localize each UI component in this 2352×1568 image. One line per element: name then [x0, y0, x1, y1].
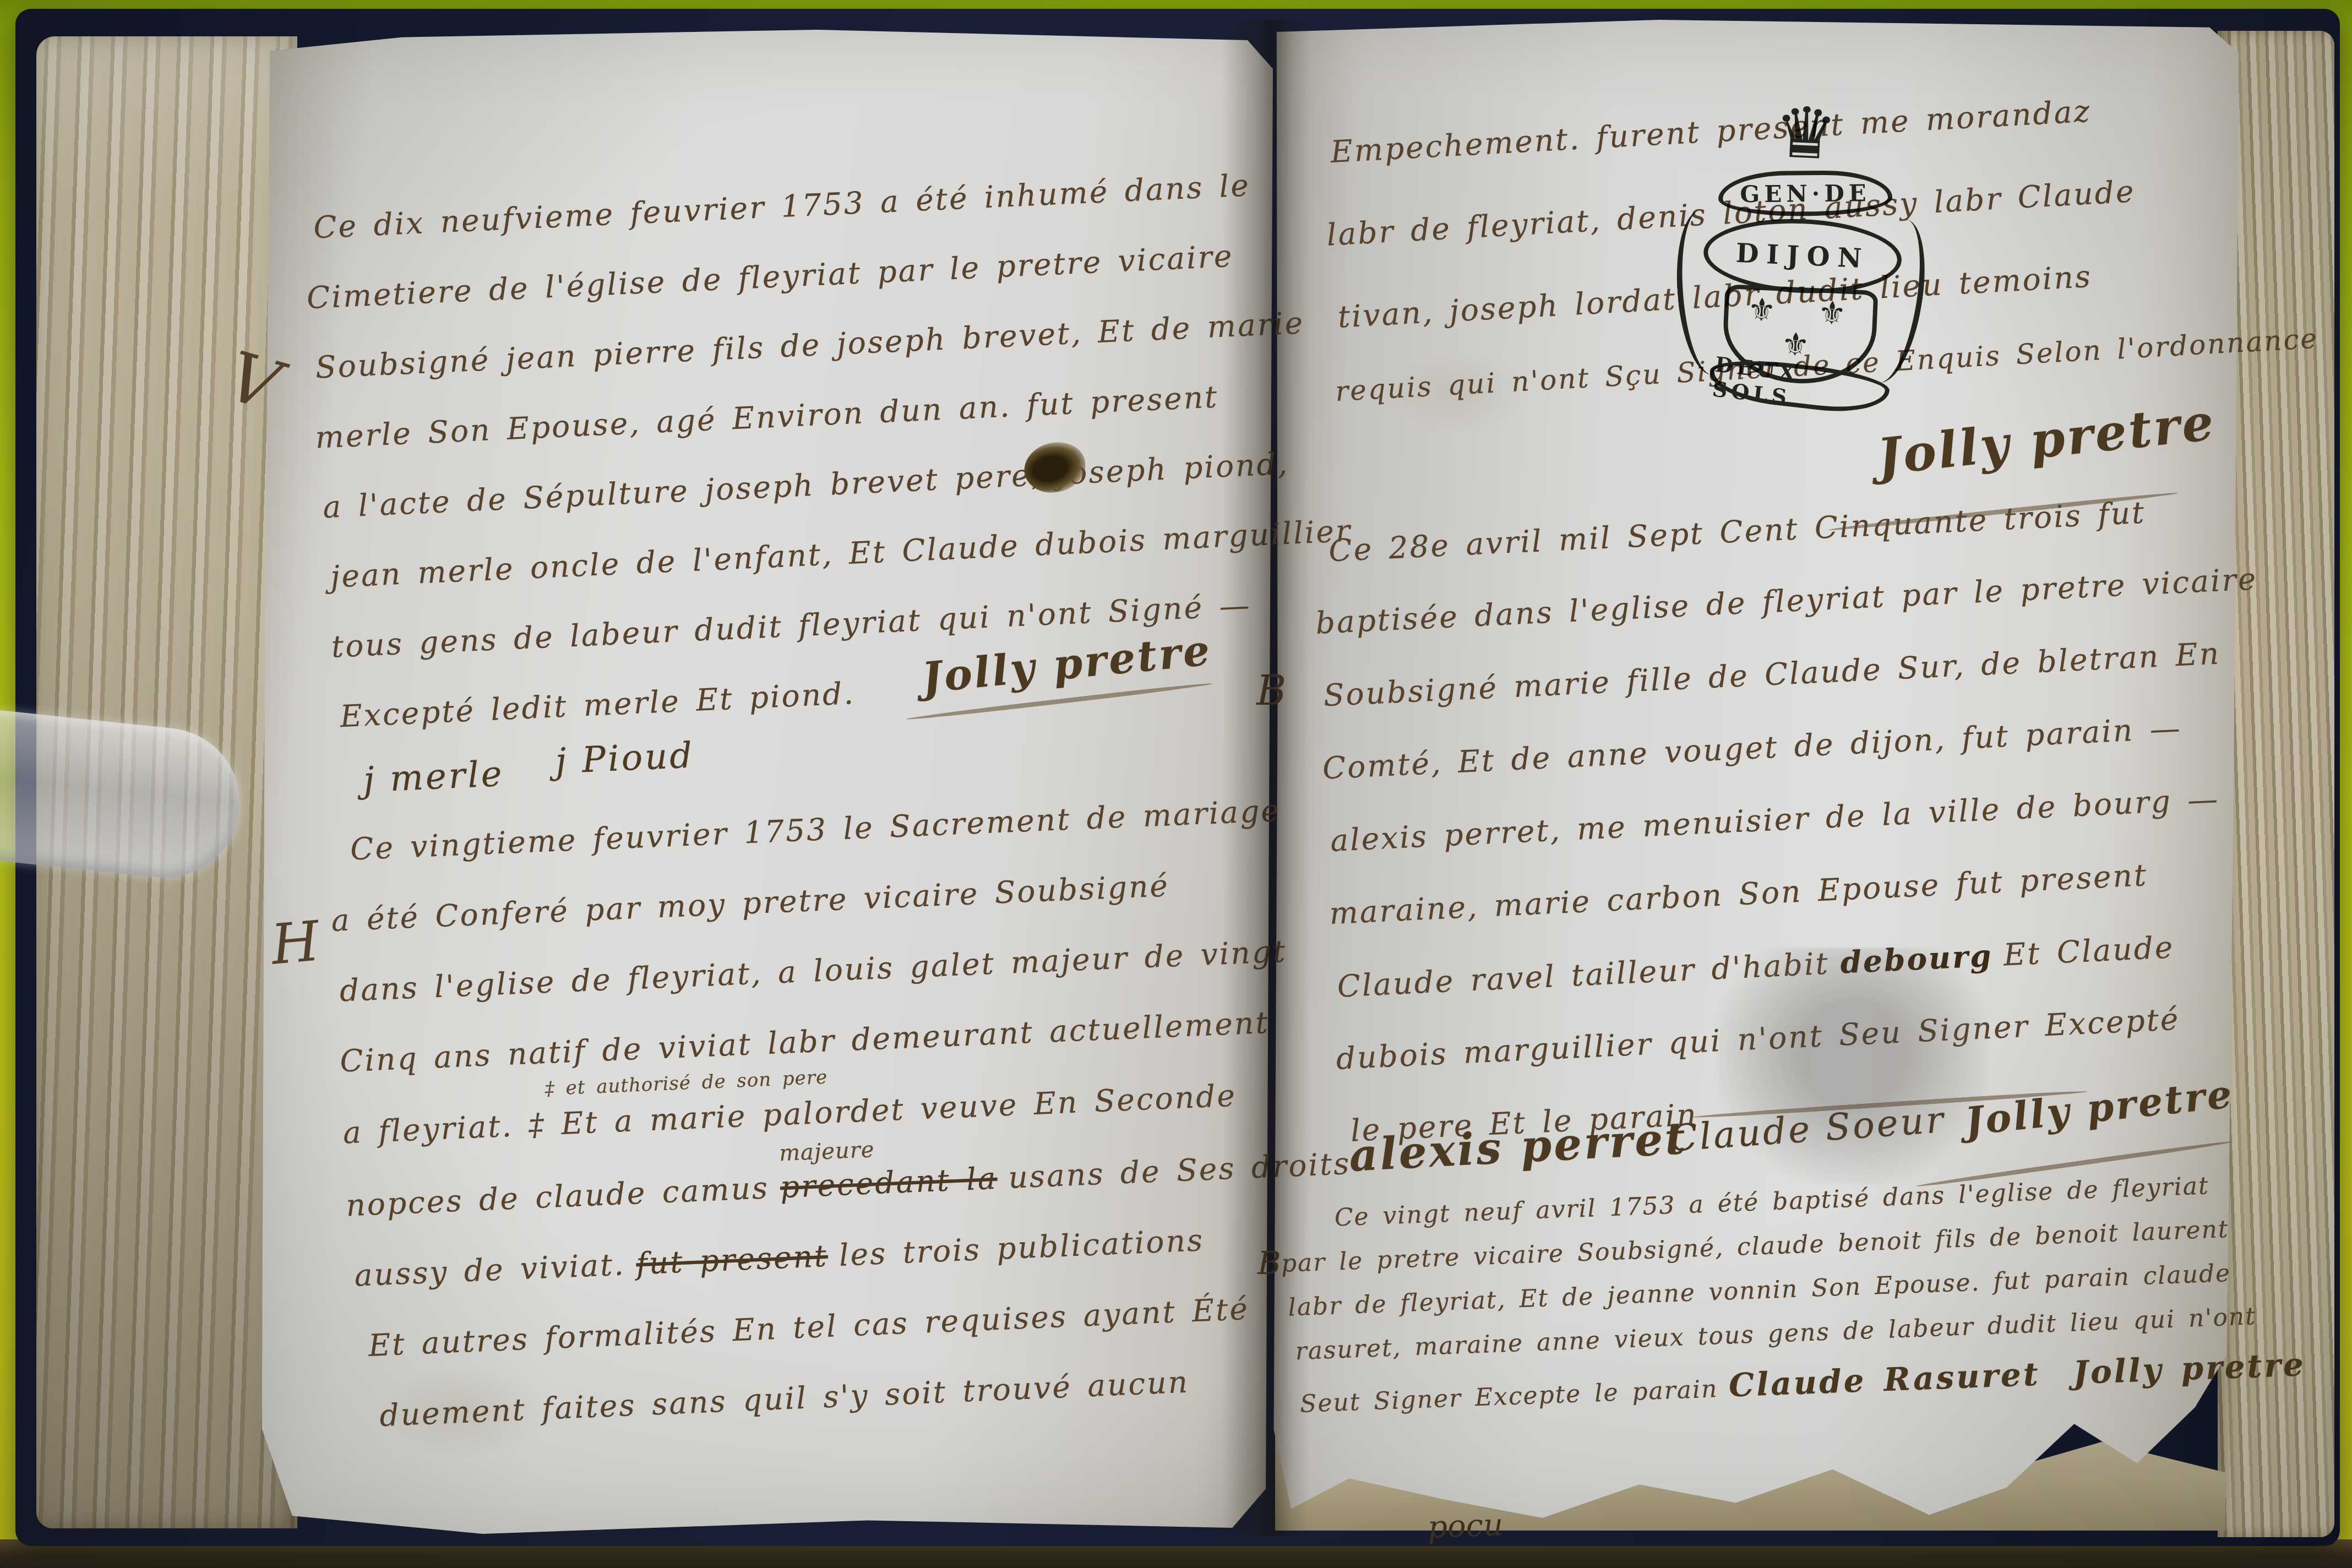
witness-signature: j Pioud: [554, 735, 695, 782]
grime-smudge: [1718, 948, 1988, 1185]
witness-signature: j merle: [362, 754, 505, 801]
fleur-de-lis-icon: ⚜: [1746, 291, 1777, 329]
stamp-crown-icon: ♛: [1772, 91, 1839, 176]
margin-mark: H: [269, 908, 322, 977]
stamp-banner-top: GEN·DE: [1718, 170, 1893, 217]
interlinear-note: majeure: [778, 1137, 875, 1166]
fleur-de-lis-icon: ⚜: [1817, 294, 1847, 333]
tax-stamp-dijon-deux-sols: ♛ GEN·DE DIJON ⚜ ⚜ ⚜ DEUX SOLS: [1660, 101, 1940, 413]
book-gutter-shadow: [1222, 20, 1310, 1536]
fleur-de-lis-icon: ⚜: [1781, 325, 1811, 364]
torn-edge-fragment: pocu: [1427, 1507, 1504, 1545]
photo-open-parish-register: Ce dix neufvieme feuvrier 1753 a été inh…: [0, 0, 2352, 1568]
stamp-center-label: DIJON: [1702, 215, 1903, 297]
